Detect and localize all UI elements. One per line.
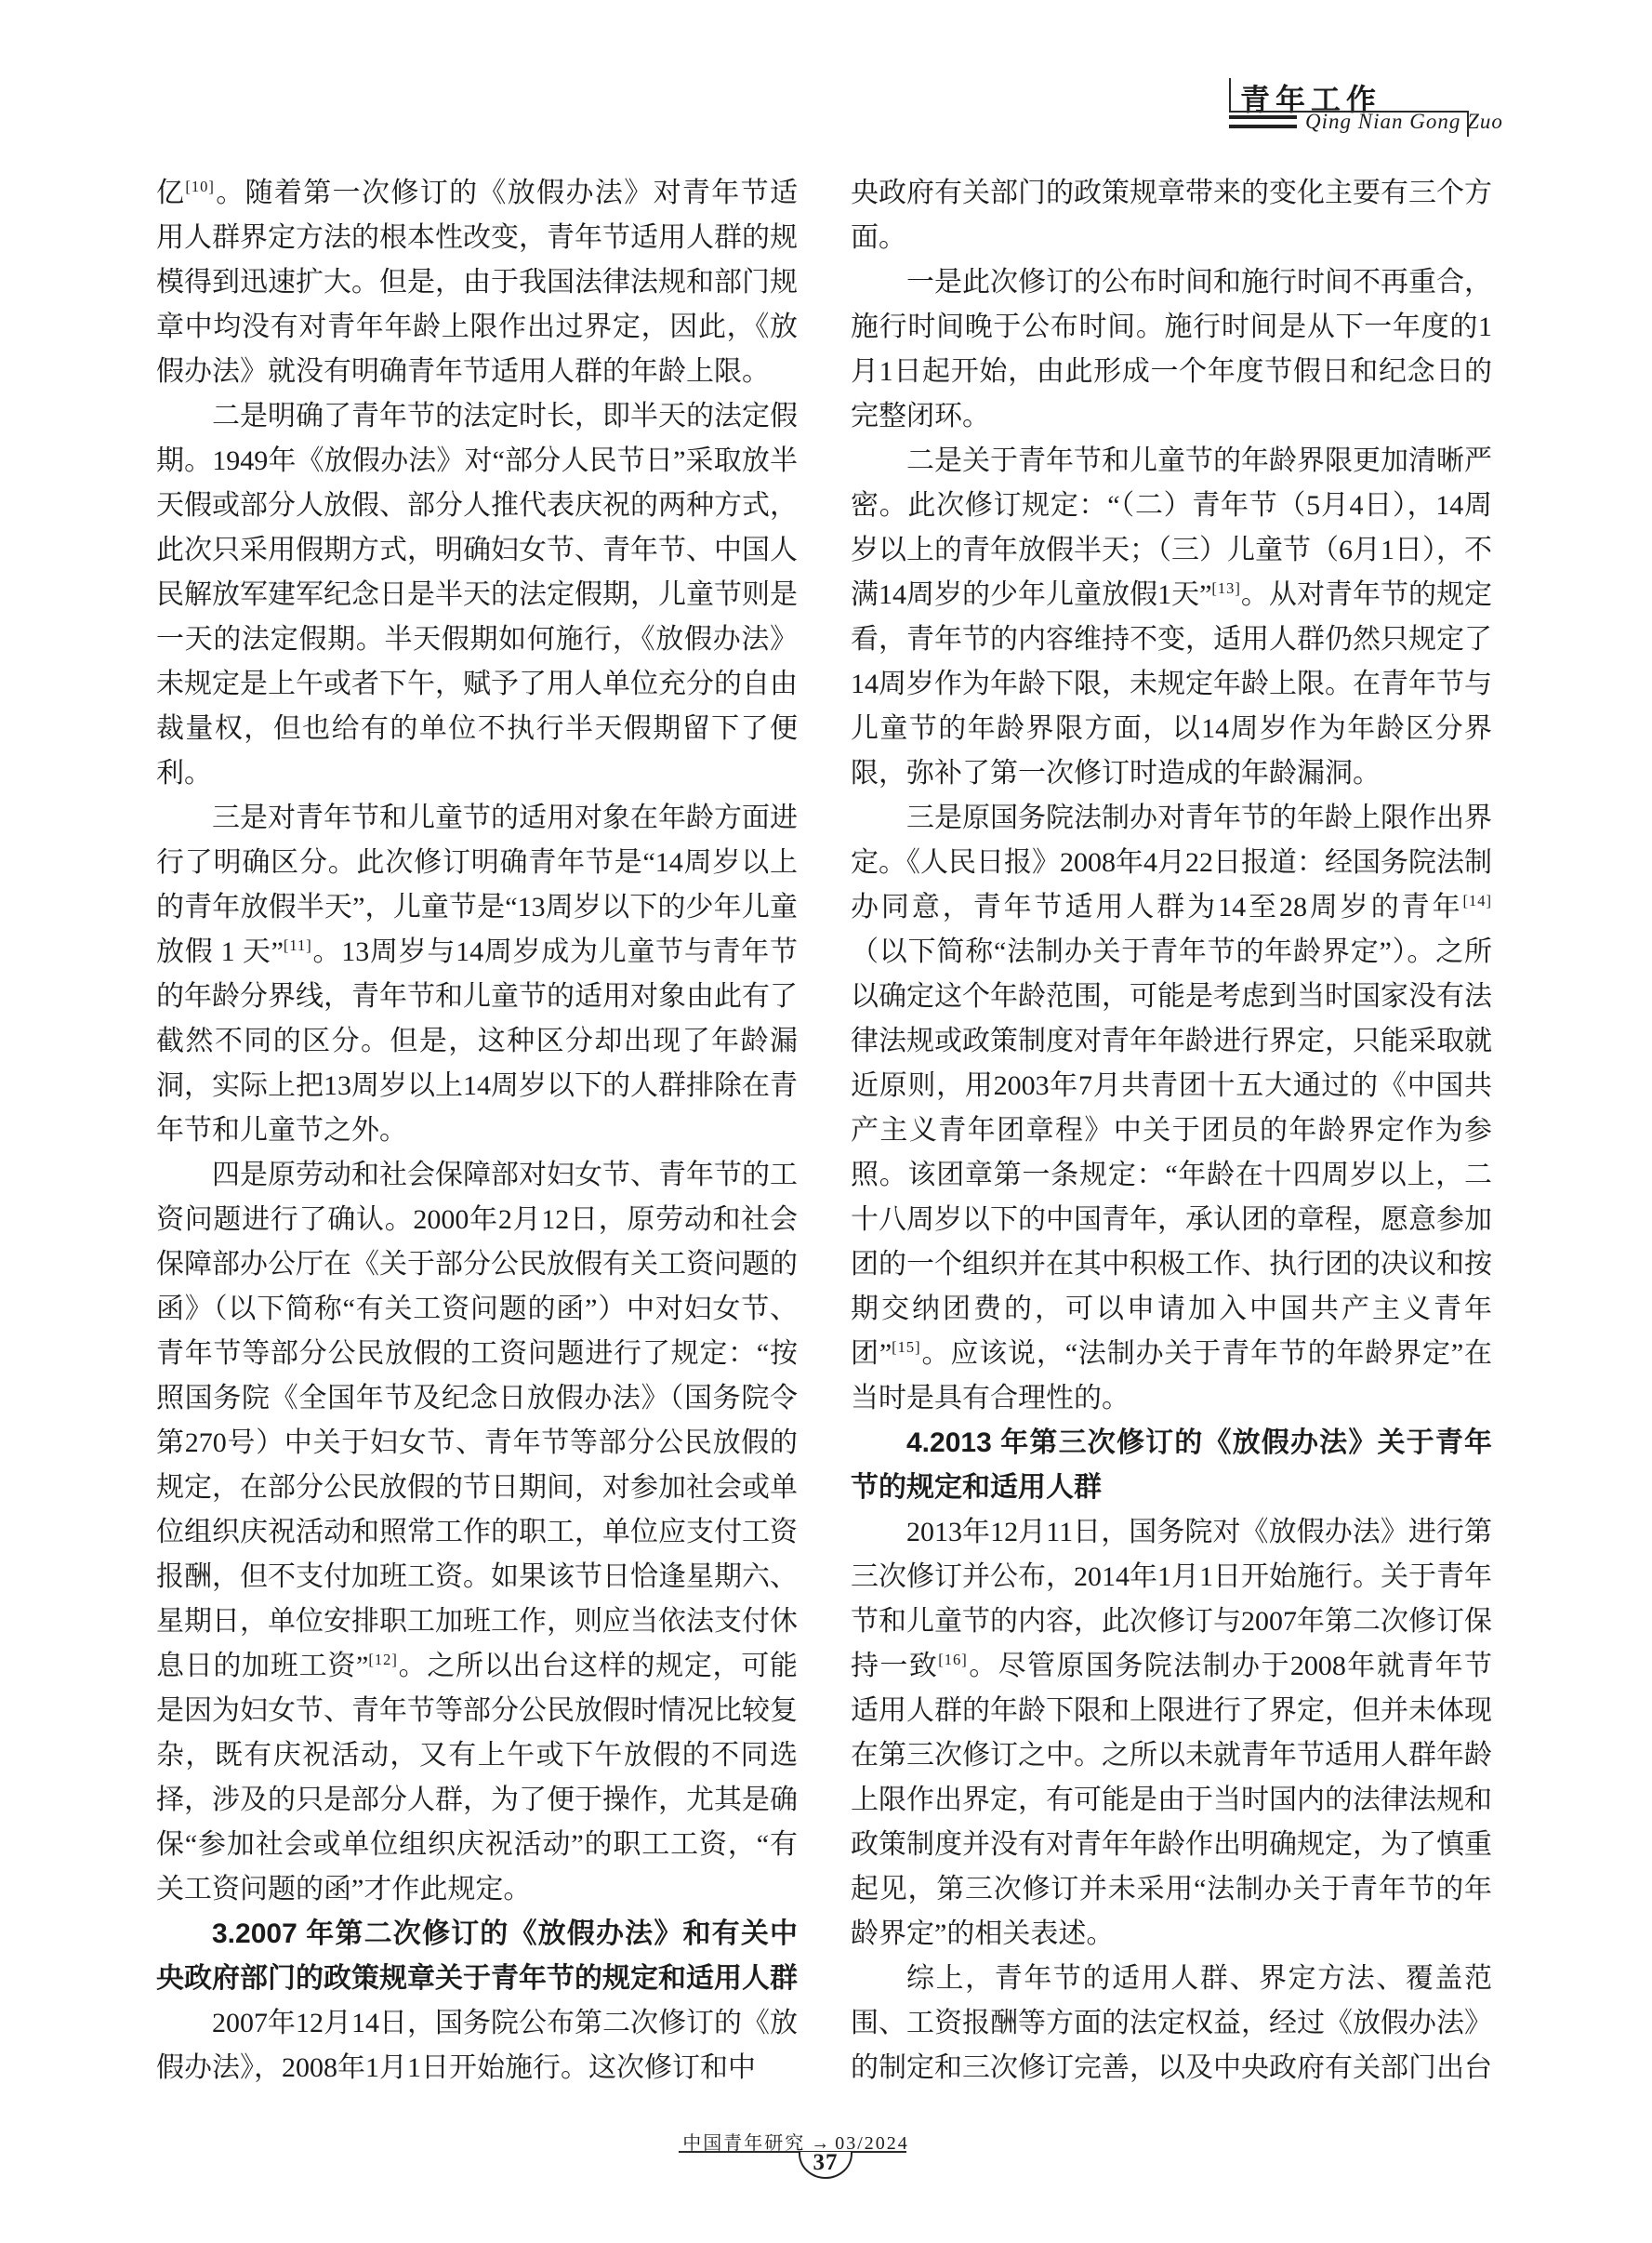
- footnote-ref: [14]: [1463, 892, 1493, 909]
- paragraph: 一是此次修订的公布时间和施行时间不再重合，施行时间晚于公布时间。施行时间是从下一…: [851, 260, 1492, 439]
- footnote-ref: [15]: [892, 1338, 921, 1356]
- cited-term: “法制办关于青年节的年龄界定”: [1065, 1338, 1463, 1369]
- journal-page: 青年工作 Qing Nian Gong Zuo 亿[10]。随着第一次修订的《放…: [0, 0, 1652, 2243]
- left-column: 亿[10]。随着第一次修订的《放假办法》对青年节适用人群界定方法的根本性改变，青…: [156, 171, 798, 2090]
- text-run: 二是明确了青年节的法定时长，即半天的法定假期。1949年《放假办法》对“部分人民…: [156, 401, 798, 789]
- section-heading: 3.2007 年第二次修订的《放假办法》和有关中央政府部门的政策规章关于青年节的…: [156, 1912, 798, 2001]
- text-run: 。尽管原国务院法制办于2008年就青年节适用人群的年龄下限和上限进行了界定，但并…: [851, 1651, 1492, 1905]
- footnote-ref: [11]: [284, 936, 312, 954]
- text-run: 三是原国务院法制办对青年节的年龄上限作出界定。《人民日报》2008年4月22日报…: [851, 803, 1492, 922]
- right-column: 央政府有关部门的政策规章带来的变化主要有三个方面。一是此次修订的公布时间和施行时…: [851, 171, 1492, 2090]
- paragraph: 三是对青年节和儿童节的适用对象在年龄方面进行了明确区分。此次修订明确青年节是“1…: [156, 796, 798, 1153]
- footnote-ref: [10]: [185, 178, 215, 195]
- paragraph: 三是原国务院法制办对青年节的年龄上限作出界定。《人民日报》2008年4月22日报…: [851, 796, 1492, 1421]
- paragraph: 亿[10]。随着第一次修订的《放假办法》对青年节适用人群界定方法的根本性改变，青…: [156, 171, 798, 394]
- text-run: 。之所以出台这样的规定，可能是因为妇女节、青年节等部分公民放假时情况比较复杂，既…: [156, 1651, 798, 1860]
- text-run: 2007年12月14日，国务院公布第二次修订的《放假办法》，2008年1月1日开…: [156, 2008, 798, 2083]
- paragraph: 二是明确了青年节的法定时长，即半天的法定假期。1949年《放假办法》对“部分人民…: [156, 394, 798, 796]
- footnote-ref: [13]: [1211, 579, 1241, 597]
- text-run: 才作此规定。: [363, 1874, 531, 1905]
- text-run: 央政府有关部门的政策规章带来的变化主要有三个方面。: [851, 178, 1492, 253]
- text-run: 。从对青年节的规定看，青年节的内容维持不变，适用人群仍然只规定了14周岁作为年龄…: [851, 579, 1492, 789]
- footer-rule: [679, 2151, 906, 2153]
- paragraph: 二是关于青年节和儿童节的年龄界限更加清晰严密。此次修订规定：“（二）青年节（5月…: [851, 439, 1492, 796]
- text-run: （以下简称: [851, 936, 994, 967]
- paragraph: 2013年12月11日，国务院对《放假办法》进行第三次修订并公布，2014年1月…: [851, 1510, 1492, 1957]
- cited-term: “法制办关于青年节的年龄界定”: [994, 936, 1392, 967]
- text-run: 一是此次修订的公布时间和施行时间不再重合，施行时间晚于公布时间。施行时间是从下一…: [851, 267, 1492, 431]
- text-run: 3.2007 年第二次修订的《放假办法》和有关中央政府部门的政策规章关于青年节的…: [156, 1918, 798, 1994]
- text-run: ）中对妇女节、青年节等部分公民放假的工资问题进行了规定：“按照国务院《全国年节及…: [156, 1294, 798, 1681]
- cited-term: “有关工资问题的函”: [343, 1294, 598, 1324]
- text-run: 的相关表述。: [946, 1918, 1114, 1949]
- paragraph: 四是原劳动和社会保障部对妇女节、青年节的工资问题进行了确认。2000年2月12日…: [156, 1153, 798, 1912]
- footnote-ref: [12]: [368, 1651, 398, 1668]
- header-left-tick: [1229, 78, 1231, 113]
- section-heading: 4.2013 年第三次修订的《放假办法》关于青年节的规定和适用人群: [851, 1421, 1492, 1510]
- text-run: 综上，青年节的适用人群、界定方法、覆盖范围、工资报酬等方面的法定权益，经过《放假…: [851, 1963, 1492, 2083]
- text-run: 亿: [156, 178, 185, 208]
- paragraph: 综上，青年节的适用人群、界定方法、覆盖范围、工资报酬等方面的法定权益，经过《放假…: [851, 1957, 1492, 2090]
- header-right-tick: [1467, 111, 1469, 137]
- text-run: 。应该说，: [921, 1338, 1065, 1369]
- page-number-badge: 37: [799, 2152, 852, 2179]
- text-run: 4.2013 年第三次修订的《放假办法》关于青年节的规定和适用人群: [851, 1427, 1492, 1503]
- paragraph: 2007年12月14日，国务院公布第二次修订的《放假办法》，2008年1月1日开…: [156, 2001, 798, 2090]
- footnote-ref: [16]: [938, 1651, 968, 1668]
- header-pinyin: Qing Nian Gong Zuo: [1305, 110, 1503, 134]
- header-double-rule: [1229, 115, 1297, 128]
- text-run: ）。之所以确定这个年龄范围，可能是考虑到当时国家没有法律法规或政策制度对青年年龄…: [851, 936, 1492, 1369]
- paragraph: 央政府有关部门的政策规章带来的变化主要有三个方面。: [851, 171, 1492, 260]
- text-run: 。13周岁与14周岁成为儿童节与青年节的年龄分界线，青年节和儿童节的适用对象由此…: [156, 936, 798, 1146]
- text-run: 。随着第一次修订的《放假办法》对青年节适用人群界定方法的根本性改变，青年节适用人…: [156, 178, 798, 387]
